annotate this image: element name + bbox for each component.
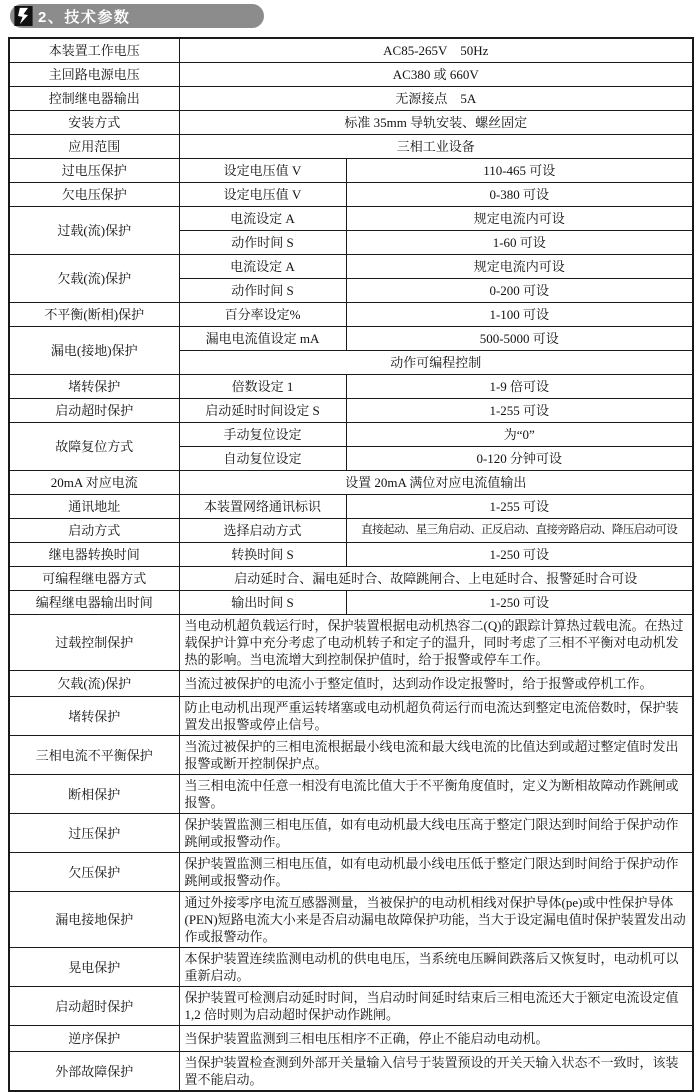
value-cell: 1-100 可设 (346, 303, 693, 327)
table-row: 启动超时保护保护装置可检测启动延时时间，当启动时间延时结束后三相电流还大于额定电… (9, 987, 693, 1026)
item-label-cell: 启动超时保护 (9, 399, 179, 423)
value-cell: AC85-265V 50Hz (179, 38, 693, 63)
value-cell: 输出时间 S (179, 591, 346, 615)
table-row: 安装方式标准 35mm 导轨安装、螺丝固定 (9, 111, 693, 135)
value-cell: 直接起动、星三角启动、正反启动、直接旁路启动、降压启动可设 (346, 519, 693, 543)
item-label-cell: 过电压保护 (9, 159, 179, 183)
item-label-cell: 动作时间 S (179, 279, 346, 303)
item-label-cell: 过压保护 (9, 814, 179, 853)
item-label-cell: 启动方式 (9, 519, 179, 543)
value-cell: 本装置网络通讯标识 (179, 495, 346, 519)
item-label-cell: 不平衡(断相)保护 (9, 303, 179, 327)
value-cell: 1-255 可设 (346, 495, 693, 519)
description-cell: 保护装置可检测启动延时时间，当启动时间延时结束后三相电流还大于额定电流设定值 1… (179, 987, 693, 1026)
spec-table-body: 本装置工作电压AC85-265V 50Hz主回路电源电压AC380 或 660V… (9, 38, 693, 1091)
value-cell: 转换时间 S (179, 543, 346, 567)
value-cell: 标准 35mm 导轨安装、螺丝固定 (179, 111, 693, 135)
description-cell: 当保护装置监测到三相电压相序不正确，停止不能启动电动机。 (179, 1026, 693, 1052)
item-label-cell: 故障复位方式 (9, 423, 179, 471)
table-row: 过电压保护设定电压值 V110-465 可设 (9, 159, 693, 183)
table-row: 欠电压保护设定电压值 V0-380 可设 (9, 183, 693, 207)
item-label-cell: 堵转保护 (9, 375, 179, 399)
section-title: 2、技术参数 (38, 6, 130, 27)
lightning-logo-icon (14, 6, 33, 26)
table-row: 欠载(流)保护电流设定 A规定电流内可设 (9, 255, 693, 279)
item-label-cell: 动作时间 S (179, 231, 346, 255)
item-label-cell: 漏电(接地)保护 (9, 327, 179, 375)
item-label-cell: 安装方式 (9, 111, 179, 135)
value-cell: 1-9 倍可设 (346, 375, 693, 399)
value-cell: 0-380 可设 (346, 183, 693, 207)
description-cell: 保护装置监测三相电压值，如有电动机最小线电压低于整定门限达到时间给于保护动作跳闸… (179, 853, 693, 892)
description-cell: 当三相电流中任意一相没有电流比值大于不平衡角度值时，定义为断相故障动作跳闸或报警… (179, 775, 693, 814)
description-cell: 当流过被保护的电流小于整定值时，达到动作设定报警时，给于报警或停机工作。 (179, 671, 693, 697)
value-cell: 设定电压值 V (179, 183, 346, 207)
item-label-cell: 晃电保护 (9, 948, 179, 987)
description-cell: 通过外接零序电流互感器测量，当被保护的电动机相线对保护导体(pe)或中性保护导体… (179, 892, 693, 948)
table-row: 故障复位方式手动复位设定为“0” (9, 423, 693, 447)
table-row: 外部故障保护当保护装置检查测到外部开关量输入信号于装置预设的开关天输入状态不一致… (9, 1052, 693, 1092)
item-label-cell: 三相电流不平衡保护 (9, 736, 179, 775)
value-cell: 0-200 可设 (346, 279, 693, 303)
item-label-cell: 欠载(流)保护 (9, 255, 179, 303)
item-label-cell: 过载控制保护 (9, 615, 179, 671)
item-label-cell: 可编程继电器方式 (9, 567, 179, 591)
description-cell: 防止电动机出现严重运转堵塞或电动机超负荷运行而电流达到整定电流倍数时，保护装置发… (179, 697, 693, 736)
value-cell: 0-120 分钟可设 (346, 447, 693, 471)
value-cell: AC380 或 660V (179, 63, 693, 87)
table-row: 断相保护当三相电流中任意一相没有电流比值大于不平衡角度值时，定义为断相故障动作跳… (9, 775, 693, 814)
value-cell: 倍数设定 1 (179, 375, 346, 399)
value-cell: 三相工业设备 (179, 135, 693, 159)
value-cell: 启动延时合、漏电延时合、故障跳闸合、上电延时合、报警延时合可设 (179, 567, 693, 591)
value-cell: 动作可编程控制 (179, 351, 693, 375)
table-row: 欠载(流)保护当流过被保护的电流小于整定值时，达到动作设定报警时，给于报警或停机… (9, 671, 693, 697)
value-cell: 电流设定 A (179, 207, 346, 231)
table-row: 堵转保护防止电动机出现严重运转堵塞或电动机超负荷运行而电流达到整定电流倍数时，保… (9, 697, 693, 736)
value-cell: 百分率设定% (179, 303, 346, 327)
item-label-cell: 欠压保护 (9, 853, 179, 892)
item-label-cell: 20mA 对应电流 (9, 471, 179, 495)
table-row: 可编程继电器方式启动延时合、漏电延时合、故障跳闸合、上电延时合、报警延时合可设 (9, 567, 693, 591)
table-row: 不平衡(断相)保护百分率设定%1-100 可设 (9, 303, 693, 327)
value-cell: 规定电流内可设 (346, 255, 693, 279)
value-cell: 漏电电流值设定 mA (179, 327, 346, 351)
item-label-cell: 主回路电源电压 (9, 63, 179, 87)
item-label-cell: 过载(流)保护 (9, 207, 179, 255)
table-row: 过压保护保护装置监测三相电压值，如有电动机最大线电压高于整定门限达到时间给于保护… (9, 814, 693, 853)
value-cell: 手动复位设定 (179, 423, 346, 447)
value-cell: 电流设定 A (179, 255, 346, 279)
value-cell: 1-255 可设 (346, 399, 693, 423)
item-label-cell: 控制继电器输出 (9, 87, 179, 111)
item-label-cell: 应用范围 (9, 135, 179, 159)
table-row: 20mA 对应电流设置 20mA 满位对应电流值输出 (9, 471, 693, 495)
description-cell: 当保护装置检查测到外部开关量输入信号于装置预设的开关天输入状态不一致时，该装置不… (179, 1052, 693, 1092)
table-row: 漏电接地保护通过外接零序电流互感器测量，当被保护的电动机相线对保护导体(pe)或… (9, 892, 693, 948)
table-row: 启动方式选择启动方式直接起动、星三角启动、正反启动、直接旁路启动、降压启动可设 (9, 519, 693, 543)
table-row: 晃电保护本保护装置连续监测电动机的供电电压，当系统电压瞬间跌落后又恢复时，电动机… (9, 948, 693, 987)
item-label-cell: 断相保护 (9, 775, 179, 814)
item-label-cell: 继电器转换时间 (9, 543, 179, 567)
value-cell: 启动延时时间设定 S (179, 399, 346, 423)
table-row: 过载控制保护当电动机超负载运行时，保护装置根据电动机热容二(Q)的跟踪计算热过载… (9, 615, 693, 671)
table-row: 欠压保护保护装置监测三相电压值，如有电动机最小线电压低于整定门限达到时间给于保护… (9, 853, 693, 892)
description-cell: 当流过被保护的三相电流根据最小线电流和最大线电流的比值达到或超过整定值时发出报警… (179, 736, 693, 775)
table-row: 启动超时保护启动延时时间设定 S1-255 可设 (9, 399, 693, 423)
table-row: 主回路电源电压AC380 或 660V (9, 63, 693, 87)
value-cell: 1-60 可设 (346, 231, 693, 255)
item-label-cell: 堵转保护 (9, 697, 179, 736)
table-row: 控制继电器输出无源接点 5A (9, 87, 693, 111)
item-label-cell: 外部故障保护 (9, 1052, 179, 1092)
section-banner: 2、技术参数 (10, 4, 264, 28)
spec-table: 本装置工作电压AC85-265V 50Hz主回路电源电压AC380 或 660V… (8, 37, 694, 1092)
description-cell: 当电动机超负载运行时，保护装置根据电动机热容二(Q)的跟踪计算热过载电流。在热过… (179, 615, 693, 671)
item-label-cell: 欠电压保护 (9, 183, 179, 207)
item-label-cell: 编程继电器输出时间 (9, 591, 179, 615)
value-cell: 规定电流内可设 (346, 207, 693, 231)
item-label-cell: 欠载(流)保护 (9, 671, 179, 697)
value-cell: 设定电压值 V (179, 159, 346, 183)
description-cell: 保护装置监测三相电压值，如有电动机最大线电压高于整定门限达到时间给于保护动作跳闸… (179, 814, 693, 853)
item-label-cell: 自动复位设定 (179, 447, 346, 471)
table-row: 三相电流不平衡保护当流过被保护的三相电流根据最小线电流和最大线电流的比值达到或超… (9, 736, 693, 775)
value-cell: 500-5000 可设 (346, 327, 693, 351)
table-row: 漏电(接地)保护漏电电流值设定 mA500-5000 可设 (9, 327, 693, 351)
value-cell: 设置 20mA 满位对应电流值输出 (179, 471, 693, 495)
item-label-cell: 逆序保护 (9, 1026, 179, 1052)
item-label-cell: 启动超时保护 (9, 987, 179, 1026)
value-cell: 1-250 可设 (346, 591, 693, 615)
item-label-cell: 漏电接地保护 (9, 892, 179, 948)
table-row: 堵转保护倍数设定 11-9 倍可设 (9, 375, 693, 399)
table-row: 通讯地址本装置网络通讯标识1-255 可设 (9, 495, 693, 519)
value-cell: 选择启动方式 (179, 519, 346, 543)
value-cell: 无源接点 5A (179, 87, 693, 111)
table-row: 编程继电器输出时间输出时间 S1-250 可设 (9, 591, 693, 615)
table-row: 应用范围三相工业设备 (9, 135, 693, 159)
value-cell: 为“0” (346, 423, 693, 447)
table-row: 继电器转换时间转换时间 S1-250 可设 (9, 543, 693, 567)
description-cell: 本保护装置连续监测电动机的供电电压，当系统电压瞬间跌落后又恢复时，电动机可以重新… (179, 948, 693, 987)
item-label-cell: 本装置工作电压 (9, 38, 179, 63)
item-label-cell: 通讯地址 (9, 495, 179, 519)
table-row: 过载(流)保护电流设定 A规定电流内可设 (9, 207, 693, 231)
value-cell: 110-465 可设 (346, 159, 693, 183)
table-row: 逆序保护当保护装置监测到三相电压相序不正确，停止不能启动电动机。 (9, 1026, 693, 1052)
value-cell: 1-250 可设 (346, 543, 693, 567)
table-row: 本装置工作电压AC85-265V 50Hz (9, 38, 693, 63)
